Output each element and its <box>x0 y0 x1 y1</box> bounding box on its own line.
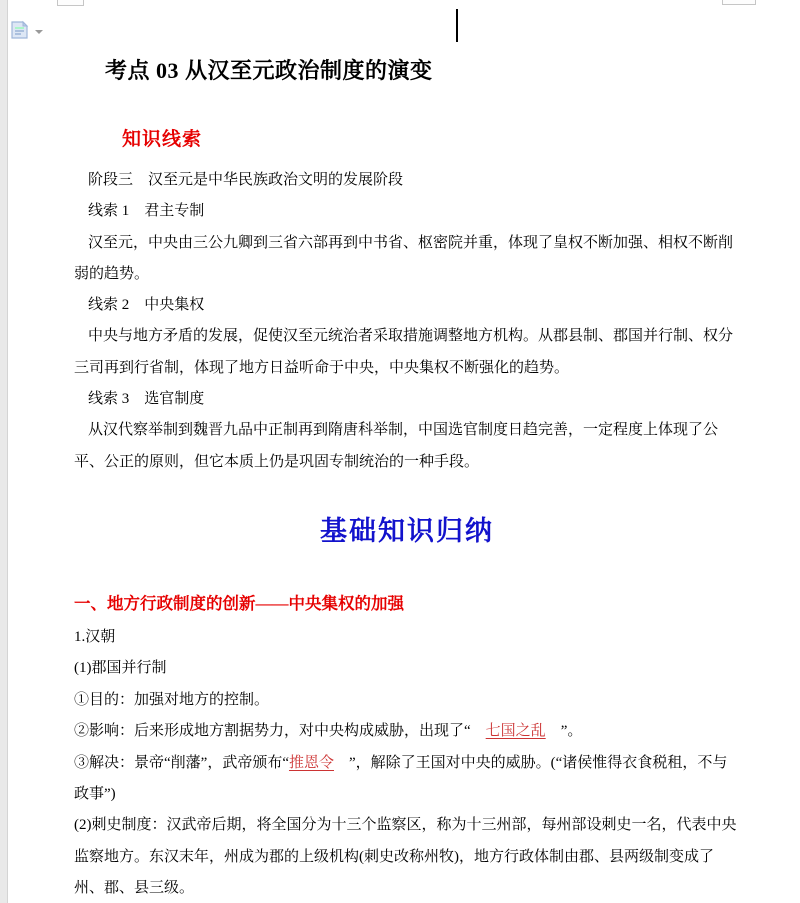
clue-line: 线索 2 中央集权 <box>74 290 740 321</box>
cropped-ui-box-left <box>57 0 84 6</box>
paragraph-cishi-system: (2)刺史制度：汉武帝后期，将全国分为十三个监察区，称为十三州部，每州部设刺史一… <box>74 810 740 903</box>
clue-line: 汉至元，中央由三公九卿到三省六部再到中书省、枢密院并重，体现了皇权不断加强、相权… <box>74 228 740 291</box>
paragraph-purpose: ①目的：加强对地方的控制。 <box>74 685 740 716</box>
paragraph-solution: ③解决：景帝“削藩”，武帝颁布“推恩令 ”，解除了王国对中央的威胁。(“诸侯惟得… <box>74 748 740 811</box>
paste-icon <box>10 20 29 40</box>
basics-section: 一、地方行政制度的创新——中央集权的加强 1.汉朝 (1)郡国并行制 ①目的：加… <box>74 591 740 903</box>
clue-line: 中央与地方矛盾的发展，促使汉至元统治者采取措施调整地方机构。从郡县制、郡国并行制… <box>74 321 740 384</box>
text-caret <box>456 9 458 42</box>
cropped-ui-box-right <box>722 0 756 5</box>
clue-line: 线索 3 选官制度 <box>74 384 740 415</box>
chevron-down-icon[interactable] <box>35 30 43 34</box>
clue-line: 从汉代察举制到魏晋九品中正制再到隋唐科举制，中国选官制度日趋完善，一定程度上体现… <box>74 415 740 478</box>
clue-line: 线索 1 君主专制 <box>74 196 740 227</box>
document-page[interactable]: 考点 03 从汉至元政治制度的演变 知识线索 阶段三 汉至元是中华民族政治文明的… <box>0 56 800 903</box>
basics-heading: 一、地方行政制度的创新——中央集权的加强 <box>74 591 740 617</box>
solution-text: ③解决：景帝“削藩”，武帝颁布“ <box>74 755 289 771</box>
app-canvas-strip <box>0 0 8 903</box>
paragraph-impact: ②影响：后来形成地方割据势力，对中央构成威胁，出现了“ 七国之乱 ”。 <box>74 716 740 747</box>
term-seven-states-rebellion: 七国之乱 <box>486 723 546 739</box>
paragraph-junguo-system: (1)郡国并行制 <box>74 653 740 684</box>
knowledge-clues-heading: 知识线索 <box>122 127 740 153</box>
impact-text: ②影响：后来形成地方割据势力，对中央构成威胁，出现了“ <box>74 723 486 739</box>
document-title: 考点 03 从汉至元政治制度的演变 <box>105 56 740 86</box>
paste-options-button[interactable] <box>10 20 43 40</box>
section-title-basics: 基础知识归纳 <box>74 513 740 549</box>
clue-line: 阶段三 汉至元是中华民族政治文明的发展阶段 <box>74 165 740 196</box>
knowledge-clues-section: 阶段三 汉至元是中华民族政治文明的发展阶段 线索 1 君主专制 汉至元，中央由三… <box>74 165 740 478</box>
paragraph-han-dynasty: 1.汉朝 <box>74 622 740 653</box>
term-tuien-decree: 推恩令 <box>289 755 334 771</box>
impact-text-end: ”。 <box>546 723 583 739</box>
